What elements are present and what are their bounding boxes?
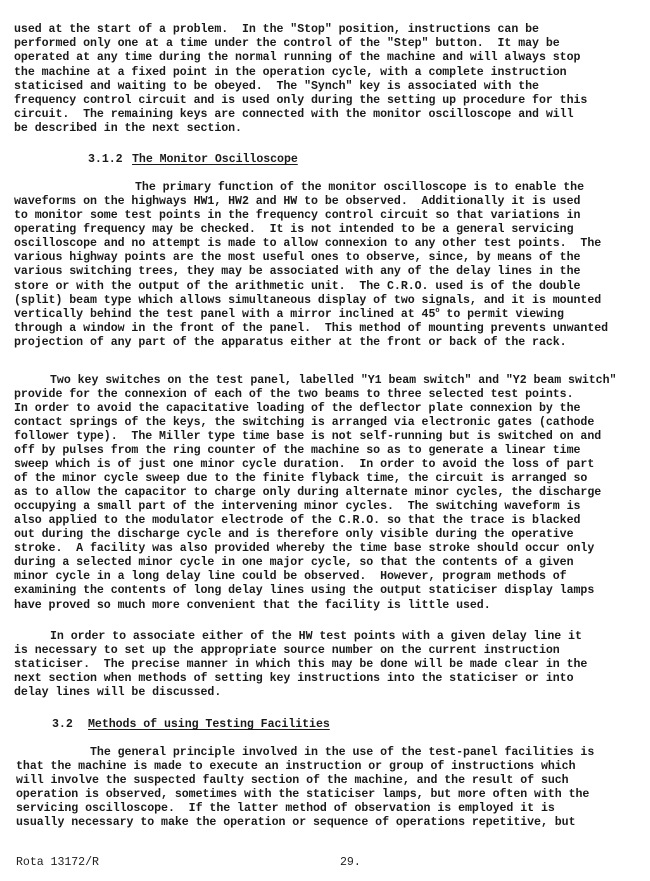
text-line: be described in the next section. <box>14 122 242 136</box>
text-line: stroke. A facility was also provided whe… <box>14 542 594 556</box>
text-line: will involve the suspected faulty sectio… <box>16 774 569 788</box>
text-line: that the machine is made to execute an i… <box>16 760 576 774</box>
text-line: usually necessary to make the operation … <box>16 816 576 830</box>
text-segment: vertically behind the test panel with a … <box>14 308 435 321</box>
text-line: examining the contents of long delay lin… <box>14 584 594 598</box>
text-line: staticiser. The precise manner in which … <box>14 658 587 672</box>
text-line: circuit. The remaining keys are connecte… <box>14 108 574 122</box>
text-line: off by pulses from the ring counter of t… <box>14 444 580 458</box>
text-line: operation is observed, sometimes with th… <box>16 788 589 802</box>
text-line: servicing oscilloscope. If the latter me… <box>16 802 555 816</box>
page-number: 29. <box>340 856 361 870</box>
text-line: frequency control circuit and is used on… <box>14 94 587 108</box>
text-line: as to allow the capacitor to charge only… <box>14 486 601 500</box>
text-line: oscilloscope and no attempt is made to a… <box>14 237 601 251</box>
text-line: of the minor cycle sweep due to the fini… <box>14 472 587 486</box>
text-line: The primary function of the monitor osci… <box>135 181 584 195</box>
text-line: have proved so much more convenient that… <box>14 599 491 613</box>
section-number: 3.1.2 <box>88 153 123 167</box>
text-segment: to permit viewing <box>440 308 564 321</box>
text-line: performed only one at a time under the c… <box>14 37 560 51</box>
text-line: follower type). The Miller type time bas… <box>14 430 601 444</box>
text-line: provide for the connexion of each of the… <box>14 388 574 402</box>
text-line: In order to associate either of the HW t… <box>50 630 582 644</box>
text-line: projection of any part of the apparatus … <box>14 336 567 350</box>
text-line: sweep which is of just one minor cycle d… <box>14 458 594 472</box>
text-line: also applied to the modulator electrode … <box>14 514 580 528</box>
document-reference: Rota 13172/R <box>16 856 99 870</box>
section-title: Methods of using Testing Facilities <box>88 718 330 732</box>
text-line: The general principle involved in the us… <box>90 746 594 760</box>
section-number: 3.2 <box>52 718 73 732</box>
text-line: out during the discharge cycle and is th… <box>14 528 574 542</box>
text-line: vertically behind the test panel with a … <box>14 308 564 322</box>
text-line: during a selected minor cycle in one maj… <box>14 556 574 570</box>
text-line: through a window in the front of the pan… <box>14 322 608 336</box>
text-line: used at the start of a problem. In the "… <box>14 23 539 37</box>
text-line: waveforms on the highways HW1, HW2 and H… <box>14 195 580 209</box>
text-line: In order to avoid the capacitative loadi… <box>14 402 580 416</box>
text-line: occupying a small part of the intervenin… <box>14 500 580 514</box>
text-line: staticised and waiting to be obeyed. The… <box>14 80 539 94</box>
text-line: is necessary to set up the appropriate s… <box>14 644 560 658</box>
text-line: contact springs of the keys, the switchi… <box>14 416 594 430</box>
text-line: the machine at a fixed point in the oper… <box>14 66 567 80</box>
text-line: to monitor some test points in the frequ… <box>14 209 580 223</box>
section-title: The Monitor Oscilloscope <box>132 153 298 167</box>
document-page: used at the start of a problem. In the "… <box>0 0 650 881</box>
text-line: store or with the output of the arithmet… <box>14 280 580 294</box>
text-line: operating frequency may be checked. It i… <box>14 223 574 237</box>
text-line: delay lines will be discussed. <box>14 686 221 700</box>
text-line: Two key switches on the test panel, labe… <box>50 374 616 388</box>
text-line: next section when methods of setting key… <box>14 672 574 686</box>
text-line: various highway points are the most usef… <box>14 251 580 265</box>
text-line: operated at any time during the normal r… <box>14 51 580 65</box>
text-line: minor cycle in a long delay line could b… <box>14 570 567 584</box>
text-line: various switching trees, they may be ass… <box>14 265 580 279</box>
text-line: (split) beam type which allows simultane… <box>14 294 601 308</box>
